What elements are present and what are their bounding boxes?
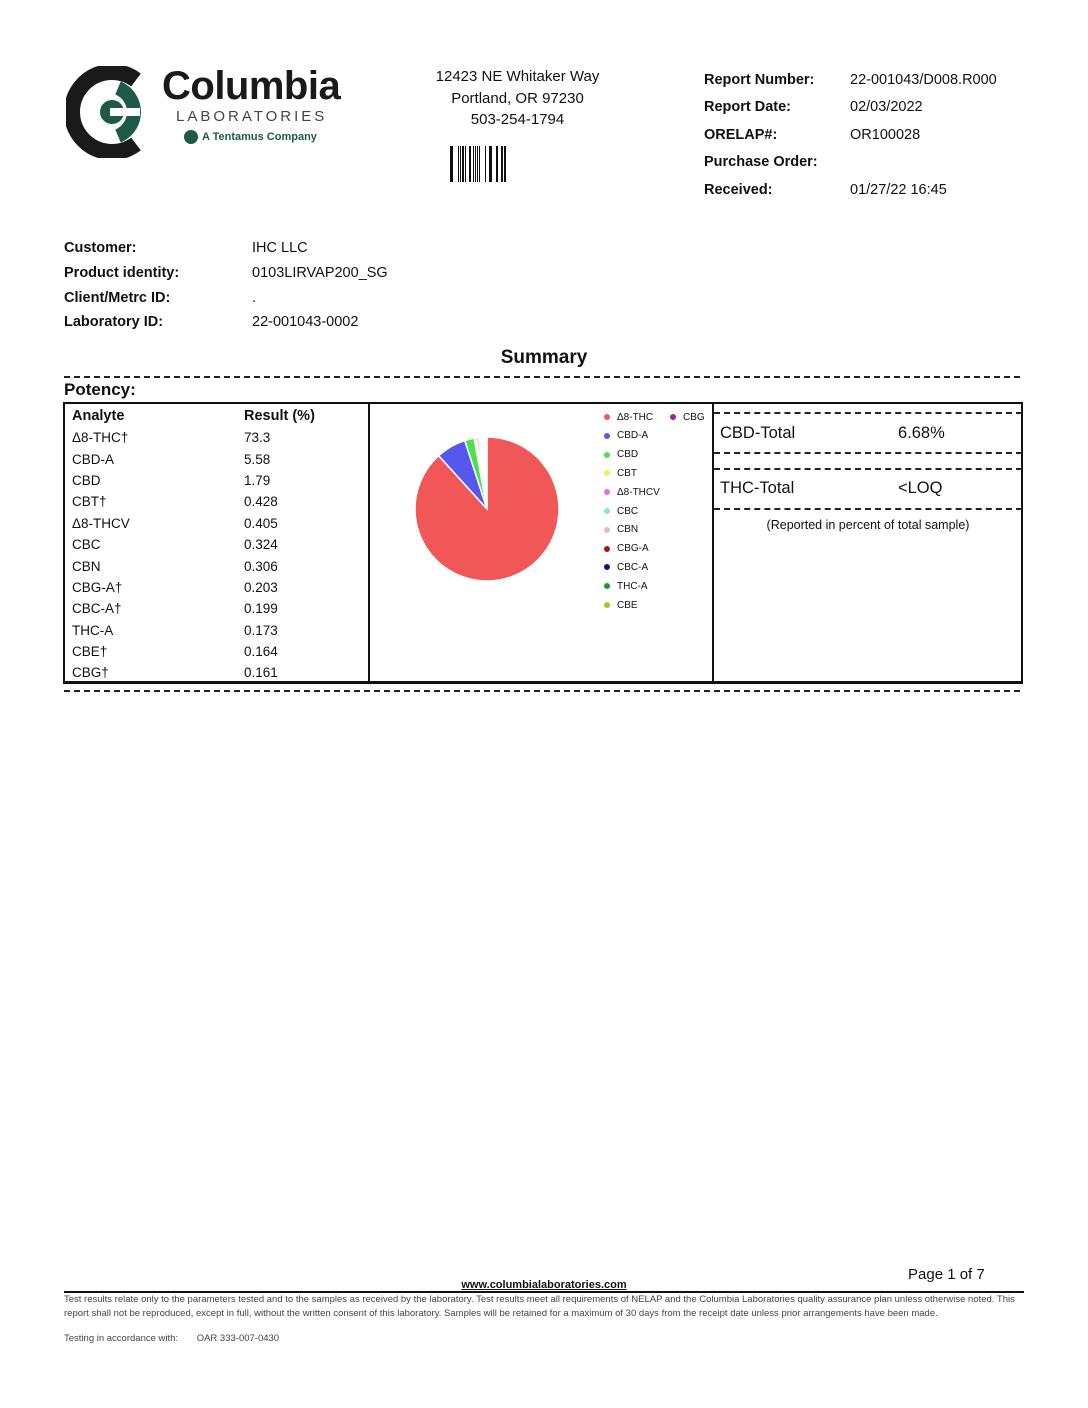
divider-dashed (714, 508, 1022, 510)
legend-label: CBC-A (617, 562, 648, 573)
customer-info-value: IHC LLC (252, 240, 308, 256)
customer-info-value: 22-001043-0002 (252, 314, 358, 330)
header-analyte: Analyte (72, 408, 244, 424)
total-label: THC-Total (720, 479, 898, 498)
analyte-result: 0.405 (244, 516, 278, 531)
address-phone: 503-254-1794 (420, 109, 615, 131)
legend-label: CBG (683, 412, 705, 423)
table-row: THC-A0.173 (72, 620, 362, 641)
legend-item: CBE (604, 598, 638, 612)
table-row: CBE†0.164 (72, 641, 362, 662)
legend-swatch-icon (604, 433, 610, 439)
table-row: CBC-A†0.199 (72, 598, 362, 619)
logo-subtitle: LABORATORIES (176, 108, 327, 125)
report-info-value: 02/03/2022 (850, 99, 923, 115)
analyte-result: 5.58 (244, 452, 270, 467)
divider-dashed (64, 690, 1020, 692)
legend-swatch-icon (670, 414, 676, 420)
report-info-row: Report Number:22-001043/D008.R000 (704, 66, 1044, 94)
legend-swatch-icon (604, 489, 610, 495)
report-info-row: ORELAP#:OR100028 (704, 121, 1044, 149)
table-row: CBT†0.428 (72, 491, 362, 512)
report-info-label: Purchase Order: (704, 154, 850, 170)
address-street: 12423 NE Whitaker Way (420, 66, 615, 88)
table-row: Δ8-THCV0.405 (72, 513, 362, 534)
table-row: CBD1.79 (72, 470, 362, 491)
legend-label: CBT (617, 468, 637, 479)
analyte-name: CBC (72, 537, 244, 552)
legend-label: CBG-A (617, 543, 649, 554)
customer-info-value: 0103LIRVAP200_SG (252, 265, 388, 281)
report-info-value: 01/27/22 16:45 (850, 182, 947, 198)
customer-info-row: Laboratory ID:22-001043-0002 (64, 310, 464, 335)
legend-swatch-icon (604, 527, 610, 533)
testing-reference: OAR 333-007-0430 (197, 1333, 279, 1344)
address-city: Portland, OR 97230 (420, 88, 615, 110)
legend-label: CBN (617, 524, 638, 535)
analyte-result: 0.428 (244, 494, 278, 509)
lab-address: 12423 NE Whitaker Way Portland, OR 97230… (420, 66, 615, 131)
analyte-name: CBG† (72, 665, 244, 680)
legend-item: CBT (604, 466, 637, 480)
logo-wordmark: Columbia (162, 64, 340, 108)
pie-slice (486, 437, 487, 509)
analyte-result: 0.306 (244, 559, 278, 574)
report-info-value: 22-001043/D008.R000 (850, 72, 997, 88)
legend-item: CBG-A (604, 542, 649, 556)
customer-info-value: . (252, 290, 256, 306)
report-info-label: Report Number: (704, 72, 850, 88)
total-value: 6.68% (898, 424, 945, 443)
total-value: <LOQ (898, 479, 942, 498)
legend-label: CBC (617, 506, 638, 517)
report-info-label: Received: (704, 182, 850, 198)
divider-dashed (64, 376, 1020, 378)
legend-swatch-icon (604, 583, 610, 589)
analyte-result: 0.164 (244, 644, 278, 659)
table-row: CBG-A†0.203 (72, 577, 362, 598)
legend-swatch-icon (604, 564, 610, 570)
table-row: Δ8-THC†73.3 (72, 427, 362, 448)
legend-item: CBC (604, 504, 638, 518)
legend-swatch-icon (604, 452, 610, 458)
legend-item: CBN (604, 523, 638, 537)
table-row: CBG†0.161 (72, 662, 362, 683)
legend-label: Δ8-THCV (617, 487, 660, 498)
logo-tagline-text: A Tentamus Company (202, 131, 317, 143)
company-logo: Columbia LABORATORIES A Tentamus Company (66, 64, 356, 159)
table-row: CBD-A5.58 (72, 448, 362, 469)
legend-item: Δ8-THCV (604, 485, 660, 499)
legend-item: CBD (604, 448, 638, 462)
analyte-result: 0.173 (244, 623, 278, 638)
report-info-row: Report Date:02/03/2022 (704, 94, 1044, 122)
tentamus-icon (184, 130, 198, 144)
barcode-icon (450, 146, 570, 182)
customer-info-row: Client/Metrc ID:. (64, 285, 464, 310)
potency-label: Potency: (64, 380, 136, 400)
analyte-table-header: Analyte Result (%) (72, 405, 362, 427)
table-row: CBN0.306 (72, 555, 362, 576)
legend-label: Δ8-THC (617, 412, 653, 423)
customer-info-label: Client/Metrc ID: (64, 290, 252, 306)
legend-swatch-icon (604, 508, 610, 514)
analyte-name: CBN (72, 559, 244, 574)
legend-item: Δ8-THC (604, 410, 653, 424)
analyte-table: Analyte Result (%) Δ8-THC†73.3CBD-A5.58C… (72, 405, 362, 684)
legend-label: CBE (617, 600, 638, 611)
report-info-label: Report Date: (704, 99, 850, 115)
footer-disclaimer: Test results relate only to the paramete… (64, 1293, 1024, 1320)
table-row: CBC0.324 (72, 534, 362, 555)
legend-swatch-icon (604, 414, 610, 420)
legend-label: CBD-A (617, 430, 648, 441)
analyte-result: 0.161 (244, 665, 278, 680)
legend-item: CBD-A (604, 429, 648, 443)
analyte-name: CBT† (72, 494, 244, 509)
customer-info-label: Customer: (64, 240, 252, 256)
total-row-cbd: CBD-Total 6.68% (714, 410, 1022, 456)
customer-info: Customer:IHC LLCProduct identity:0103LIR… (64, 236, 464, 335)
columbia-logo-icon (66, 66, 158, 158)
customer-info-row: Customer:IHC LLC (64, 236, 464, 261)
totals-note: (Reported in percent of total sample) (714, 518, 1022, 532)
website-link[interactable]: www.columbialaboratories.com (0, 1279, 1088, 1291)
legend-swatch-icon (604, 546, 610, 552)
legend-item: CBG (670, 410, 705, 424)
header-result: Result (%) (244, 408, 315, 424)
customer-info-row: Product identity:0103LIRVAP200_SG (64, 261, 464, 286)
analyte-result: 1.79 (244, 473, 270, 488)
analyte-name: Δ8-THCV (72, 516, 244, 531)
column-divider (368, 402, 370, 684)
legend-swatch-icon (604, 470, 610, 476)
summary-title: Summary (0, 347, 1088, 369)
report-info: Report Number:22-001043/D008.R000Report … (704, 66, 1044, 204)
analyte-name: CBD (72, 473, 244, 488)
report-info-label: ORELAP#: (704, 127, 850, 143)
report-info-value: OR100028 (850, 127, 920, 143)
legend-item: CBC-A (604, 560, 648, 574)
logo-tagline: A Tentamus Company (184, 130, 317, 144)
analyte-result: 0.203 (244, 580, 278, 595)
total-label: CBD-Total (720, 424, 898, 443)
total-row-thc: THC-Total <LOQ (714, 465, 1022, 511)
testing-standard: Testing in accordance with: OAR 333-007-… (64, 1333, 279, 1344)
potency-pie-chart (410, 432, 564, 586)
divider-dashed (714, 452, 1022, 454)
legend-item: THC-A (604, 579, 648, 593)
legend-swatch-icon (604, 602, 610, 608)
report-info-row: Received:01/27/22 16:45 (704, 176, 1044, 204)
analyte-name: CBG-A† (72, 580, 244, 595)
legend-label: THC-A (617, 581, 648, 592)
legend-label: CBD (617, 449, 638, 460)
customer-info-label: Product identity: (64, 265, 252, 281)
analyte-name: CBE† (72, 644, 244, 659)
analyte-name: CBC-A† (72, 601, 244, 616)
customer-info-label: Laboratory ID: (64, 314, 252, 330)
analyte-result: 0.199 (244, 601, 278, 616)
analyte-name: THC-A (72, 623, 244, 638)
testing-label: Testing in accordance with: (64, 1333, 178, 1344)
analyte-name: CBD-A (72, 452, 244, 467)
report-info-row: Purchase Order: (704, 149, 1044, 177)
analyte-result: 0.324 (244, 537, 278, 552)
analyte-name: Δ8-THC† (72, 430, 244, 445)
analyte-result: 73.3 (244, 430, 270, 445)
